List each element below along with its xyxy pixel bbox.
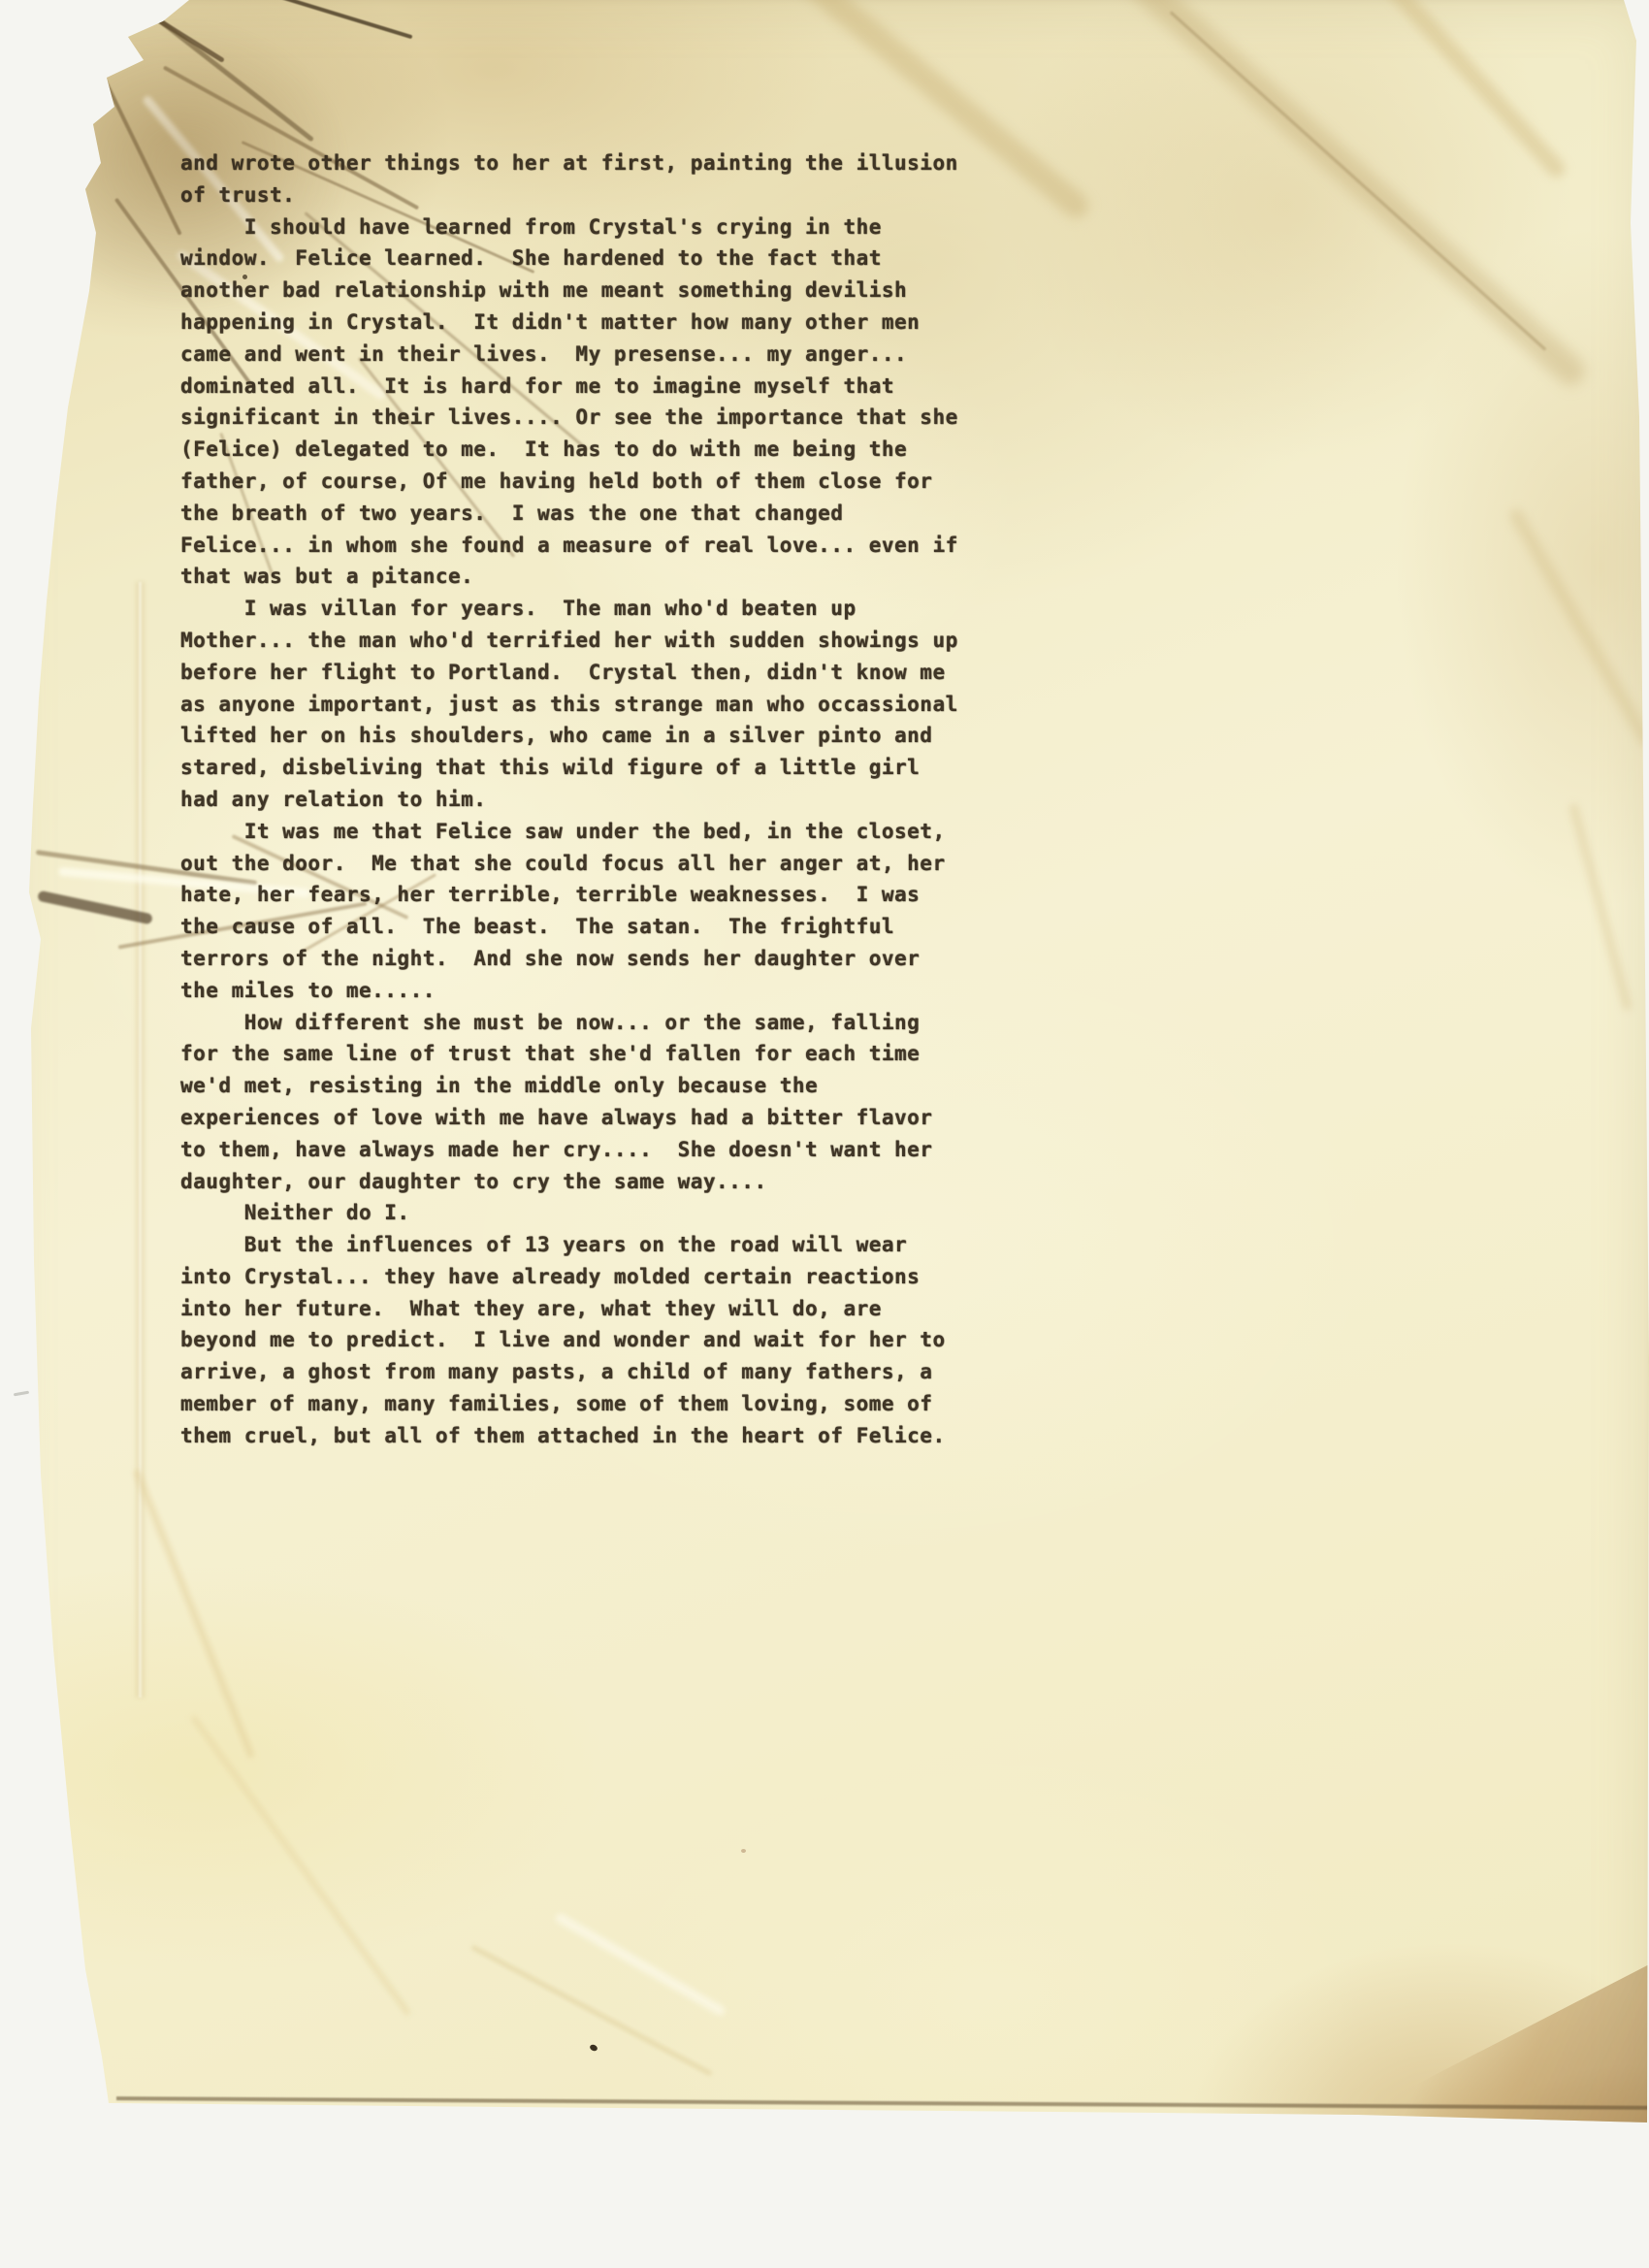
crease-mark (1507, 506, 1649, 748)
faint-speck (242, 275, 247, 279)
ink-speck (589, 2044, 598, 2053)
crease-mark (1170, 11, 1546, 350)
crease-mark (470, 1945, 713, 2077)
typewritten-letter-text: and wrote other things to her at first, … (180, 147, 958, 1452)
scanner-smudge (14, 1391, 29, 1397)
faint-speck (741, 1849, 746, 1853)
paper-sheet: and wrote other things to her at first, … (0, 0, 1649, 2268)
crease-highlight (139, 582, 142, 1698)
stain-mark (1339, 1960, 1649, 2124)
crease-mark (1361, 0, 1568, 180)
crease-mark (1125, 0, 1592, 392)
crease-mark (1568, 802, 1633, 1011)
scanner-background: and wrote other things to her at first, … (0, 0, 1649, 2268)
crease-mark (190, 1715, 411, 2017)
